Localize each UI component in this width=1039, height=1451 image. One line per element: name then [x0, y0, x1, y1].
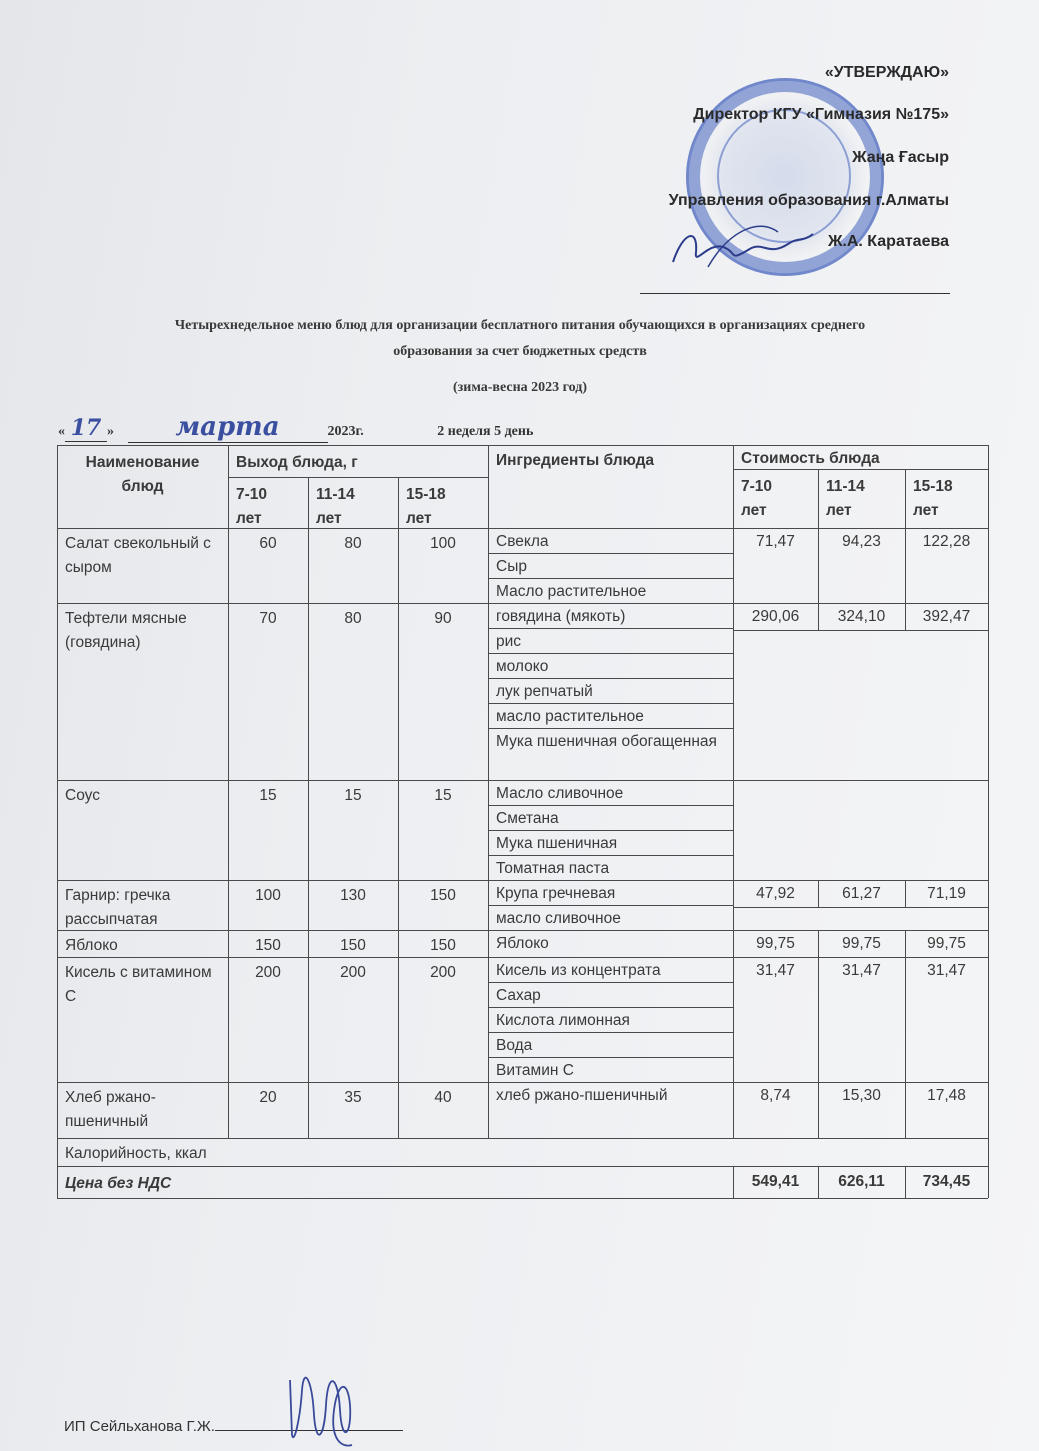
output-value: 15: [398, 782, 488, 807]
signature-line: [640, 293, 950, 294]
header-dish-name: Наименование блюд: [57, 449, 228, 529]
table-hline: [57, 528, 988, 529]
table-vline: [818, 930, 819, 957]
table-vline: [733, 1166, 734, 1198]
cost-value: 15,30: [818, 1082, 905, 1107]
output-value: 90: [398, 605, 488, 630]
table-vline: [905, 528, 906, 603]
quote-close: »: [107, 424, 114, 439]
document-season: (зима-весна 2023 год): [40, 378, 1000, 398]
output-value: 150: [308, 932, 398, 957]
cost-value: 71,19: [905, 880, 988, 905]
table-vline: [988, 445, 989, 1198]
ingredient: Крупа гречневая: [488, 880, 733, 905]
ingredient: Яблоко: [488, 930, 733, 955]
output-value: 60: [228, 530, 308, 555]
table-vline: [818, 880, 819, 907]
ingredient: Томатная паста: [488, 855, 733, 880]
output-value: 100: [228, 882, 308, 907]
output-value: 200: [398, 959, 488, 984]
cost-value: 94,23: [818, 528, 905, 553]
approval-heading: «УТВЕРЖДАЮ»: [825, 64, 949, 82]
approval-department: Управления образования г.Алматы: [669, 192, 949, 210]
table-hline: [57, 957, 988, 958]
document-title-line1: Четырехнедельное меню блюд для организац…: [40, 316, 1000, 336]
ingredient: Кислота лимонная: [488, 1007, 733, 1032]
table-vline: [398, 477, 399, 1138]
dish-name: Гарнир: гречка рассыпчатая: [57, 882, 228, 932]
cost-value: 47,92: [733, 880, 818, 905]
header-output-age: 15-18 лет: [398, 481, 458, 529]
ingredient: рис: [488, 628, 733, 653]
cost-value: 8,74: [733, 1082, 818, 1107]
header-ingredients: Ингредиенты блюда: [488, 447, 733, 477]
output-value: 80: [308, 605, 398, 630]
output-value: 150: [228, 932, 308, 957]
table-vline: [308, 477, 309, 1138]
cost-value: 71,47: [733, 528, 818, 553]
ingredient: масло растительное: [488, 703, 733, 728]
table-hline: [57, 1198, 988, 1199]
table-hline: [228, 477, 488, 478]
week-day: 2 неделя 5 день: [437, 424, 533, 439]
ingredient: Сыр: [488, 553, 733, 578]
table-hline: [733, 907, 988, 908]
table-vline: [905, 1082, 906, 1138]
director-signature: [668, 222, 818, 272]
total-value: 626,11: [818, 1168, 905, 1200]
table-vline: [57, 445, 58, 1198]
table-hline: [57, 1138, 988, 1139]
cost-value: 31,47: [818, 957, 905, 982]
ingredient: Витамин С: [488, 1057, 733, 1082]
dish-name: Салат свекольный с сыром: [57, 530, 228, 605]
output-value: 100: [398, 530, 488, 555]
table-vline: [818, 957, 819, 1082]
header-output-age: 7-10 лет: [228, 481, 288, 529]
ingredient: Масло растительное: [488, 578, 733, 603]
ingredient: Мука пшеничная обогащенная: [488, 728, 733, 780]
ingredient: Свекла: [488, 528, 733, 553]
table-vline: [905, 957, 906, 1082]
table-hline: [57, 1166, 988, 1167]
table-hline: [733, 469, 988, 470]
ingredient: Сахар: [488, 982, 733, 1007]
table-vline: [228, 445, 229, 1138]
ingredient: Мука пшеничная: [488, 830, 733, 855]
total-value: 549,41: [733, 1168, 818, 1200]
cost-value: 17,48: [905, 1082, 988, 1107]
dish-name: Яблоко: [57, 932, 228, 959]
table-vline: [905, 1166, 906, 1198]
output-value: 200: [308, 959, 398, 984]
output-value: 200: [228, 959, 308, 984]
ingredient: Масло сливочное: [488, 780, 733, 805]
ingredient: Кисель из концентрата: [488, 957, 733, 982]
header-cost-age: 7-10 лет: [733, 473, 793, 521]
output-value: 150: [398, 932, 488, 957]
cost-value: 31,47: [733, 957, 818, 982]
ingredient: лук репчатый: [488, 678, 733, 703]
dish-name: Соус: [57, 782, 228, 882]
cost-value: 392,47: [905, 603, 988, 628]
ingredient: хлеб ржано-пшеничный: [488, 1082, 733, 1107]
table-hline: [57, 1082, 988, 1083]
date-day: 17: [65, 415, 107, 442]
table-hline: [57, 445, 988, 446]
calories-label: Калорийность, ккал: [57, 1140, 557, 1168]
cost-value: 61,27: [818, 880, 905, 905]
cost-value: 31,47: [905, 957, 988, 982]
table-vline: [818, 603, 819, 630]
approval-name: Ж.А. Каратаева: [828, 233, 949, 251]
table-vline: [905, 469, 906, 528]
table-vline: [905, 603, 906, 630]
ingredient: Сметана: [488, 805, 733, 830]
cost-value: 99,75: [818, 930, 905, 955]
ingredient: масло сливочное: [488, 905, 733, 930]
date-year: 2023г.: [328, 424, 364, 439]
table-vline: [818, 1166, 819, 1198]
header-output-age: 11-14 лет: [308, 481, 368, 529]
supplier-signature: [282, 1360, 362, 1450]
table-vline: [488, 445, 489, 1138]
cost-value: 324,10: [818, 603, 905, 628]
output-value: 20: [228, 1084, 308, 1109]
total-value: 734,45: [905, 1168, 988, 1200]
cost-value: 99,75: [733, 930, 818, 955]
table-hline: [733, 630, 988, 631]
approval-director: Директор КГУ «Гимназия №175»: [693, 106, 949, 124]
header-cost-age: 15-18 лет: [905, 473, 965, 521]
table-vline: [818, 1082, 819, 1138]
ingredient: Вода: [488, 1032, 733, 1057]
header-output: Выход блюда, г: [228, 449, 488, 477]
approval-school: Жаңа Ғасыр: [852, 149, 949, 167]
cost-value: 99,75: [905, 930, 988, 955]
output-value: 130: [308, 882, 398, 907]
table-hline: [57, 880, 988, 881]
dish-name: Тефтели мясные (говядина): [57, 605, 228, 782]
table-vline: [818, 528, 819, 603]
table-vline: [905, 930, 906, 957]
date-month: марта: [128, 412, 328, 443]
output-value: 15: [228, 782, 308, 807]
document-title-line2: образования за счет бюджетных средств: [40, 342, 1000, 362]
table-hline: [57, 930, 988, 931]
date-row: «17» марта2023г. 2 неделя 5 день: [58, 412, 533, 443]
table-vline: [733, 445, 734, 1138]
output-value: 70: [228, 605, 308, 630]
cost-value: 290,06: [733, 603, 818, 628]
cost-value: 122,28: [905, 528, 988, 553]
table-hline: [57, 780, 988, 781]
dish-name: Кисель с витамином С: [57, 959, 228, 1084]
table-hline: [57, 603, 988, 604]
output-value: 35: [308, 1084, 398, 1109]
dish-name: Хлеб ржано-пшеничный: [57, 1084, 228, 1140]
ingredient: молоко: [488, 653, 733, 678]
header-cost-age: 11-14 лет: [818, 473, 878, 521]
output-value: 80: [308, 530, 398, 555]
ingredient: говядина (мякоть): [488, 603, 733, 628]
supplier-name: ИП Сейльханова Г.Ж.: [64, 1418, 215, 1435]
quote-open: «: [58, 424, 65, 439]
output-value: 40: [398, 1084, 488, 1109]
table-vline: [905, 880, 906, 907]
output-value: 15: [308, 782, 398, 807]
table-vline: [818, 469, 819, 528]
output-value: 150: [398, 882, 488, 907]
